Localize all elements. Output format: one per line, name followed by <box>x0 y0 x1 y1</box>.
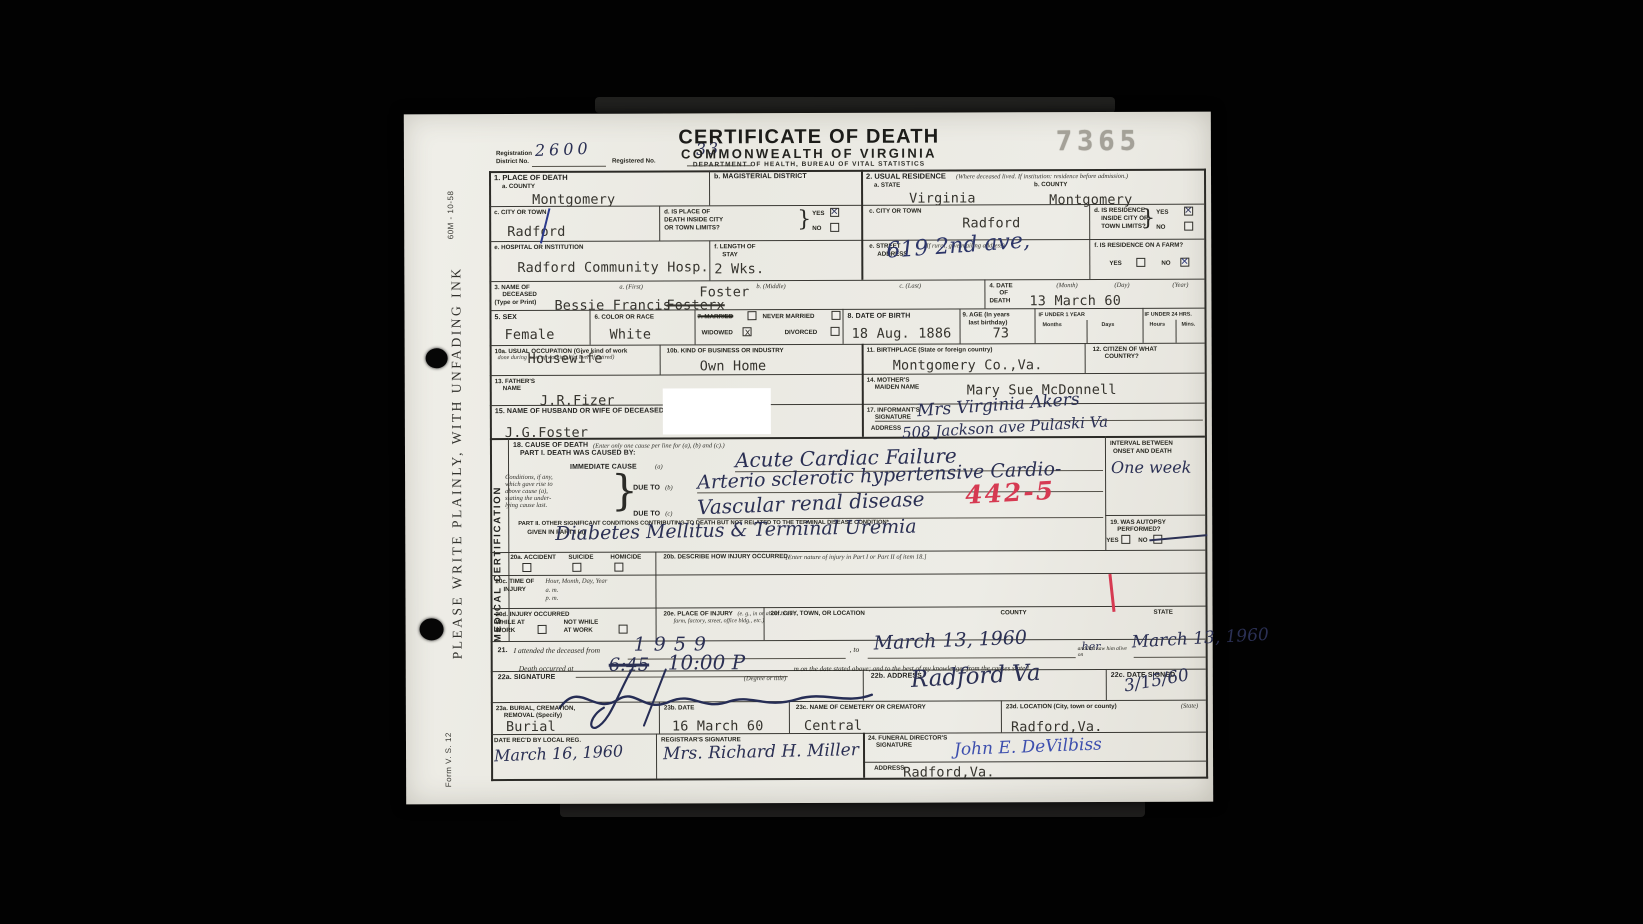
field-21-to-label: , to <box>850 646 860 655</box>
field-20f-county-label: COUNTY <box>1001 609 1027 616</box>
field-8-label: 8. DATE OF BIRTH <box>847 313 910 321</box>
field-5-value: Female <box>505 328 555 342</box>
line <box>1176 320 1177 343</box>
line <box>532 166 606 167</box>
field-1f-label2: STAY <box>722 251 738 258</box>
field-18-note: (Enter only one cause per line for (a), … <box>593 442 725 450</box>
field-9-days-label: Days <box>1102 322 1115 328</box>
field-2a-label: a. STATE <box>874 182 900 189</box>
field-1f-label1: f. LENGTH OF <box>714 243 755 250</box>
field-24-address-label: ADDRESS <box>874 765 904 772</box>
field-3-value-struck: Fosterx <box>666 298 724 312</box>
field-21-number: 21. <box>498 647 508 655</box>
brace-glyph: } <box>797 207 811 232</box>
field-20e-note2: farm, factory, street, office bldg., etc… <box>674 618 765 626</box>
field-23c-value: Central <box>804 719 862 733</box>
field-6-label: 6. COLOR OR RACE <box>594 314 654 321</box>
field-2d-yes-checkbox: ✕ <box>1184 207 1193 216</box>
field-1c-value: Radford <box>507 225 565 239</box>
field-20c-note: Hour, Month, Day, Year <box>545 578 607 586</box>
line <box>1085 343 1086 373</box>
field-1d-no-checkbox <box>830 223 839 232</box>
field-20d-while-label: WHILE AT <box>496 619 525 626</box>
field-2d-yes-label: YES <box>1156 209 1168 216</box>
registration-label-line1: Registration <box>496 150 532 157</box>
margin-print-code: 60M - 10-58 <box>446 159 455 239</box>
line <box>862 344 864 437</box>
line <box>1106 669 1107 700</box>
field-2c-label: c. CITY OR TOWN <box>869 208 921 215</box>
field-1b-label: b. MAGISTERIAL DISTRICT <box>714 173 807 181</box>
field-20b-note: [Enter nature of injury in Part I or Par… <box>785 553 926 561</box>
line <box>861 170 863 280</box>
field-1f-value: 2 Wks. <box>714 262 764 276</box>
field-23b-label: 23b. DATE <box>664 704 695 711</box>
line <box>1105 515 1205 516</box>
field-19-label2: PERFORMED? <box>1117 526 1160 533</box>
brace-glyph: } <box>1141 206 1155 231</box>
registration-district-number: 2600 <box>535 140 592 160</box>
field-20f-label: 20f. CITY, TOWN, OR LOCATION <box>771 610 865 617</box>
department-line: DEPARTMENT OF HEALTH, BUREAU OF VITAL ST… <box>634 160 984 168</box>
checkbox-x-mark: ✕ <box>1184 207 1192 216</box>
field-21-to-value: March 13, 1960 <box>873 629 1027 653</box>
field-2d-no-checkbox <box>1184 222 1193 231</box>
field-3c-label: c. (Last) <box>899 283 921 291</box>
field-4-label1: 4. DATE <box>989 282 1012 289</box>
field-20a-homicide-checkbox <box>614 563 623 572</box>
field-2e-value: 619 2nd ave, <box>886 232 1031 260</box>
field-10b-label: 10b. KIND OF BUSINESS OR INDUSTRY <box>667 347 784 354</box>
line <box>656 734 657 779</box>
checkbox-x-mark: ✕ <box>830 208 838 217</box>
field-23d-state-label: (State) <box>1181 703 1198 711</box>
field-23c-label: 23c. NAME OF CEMETERY OR CREMATORY <box>796 704 926 711</box>
field-22a-degree-label: (Degree or title) <box>744 675 786 683</box>
field-20e-label: 20e. PLACE OF INJURY <box>664 610 733 617</box>
field-20b-label: 20b. DESCRIBE HOW INJURY OCCURRED. <box>663 553 789 560</box>
field-20d-notwhile-label: NOT WHILE <box>564 619 599 626</box>
line <box>842 309 843 344</box>
field-7-never-married-checkbox <box>831 311 840 320</box>
field-2d-label1: d. IS RESIDENCE <box>1094 207 1145 214</box>
line <box>490 373 1205 376</box>
field-14-label2: MAIDEN NAME <box>875 384 919 391</box>
field-20c-label2: INJURY <box>503 586 525 593</box>
field-7-married-checkbox <box>747 311 756 320</box>
line <box>1087 320 1088 343</box>
field-20d-label: 20d. INJURY OCCURRED <box>496 611 570 618</box>
field-7-widowed-label: WIDOWED <box>702 329 733 336</box>
field-1d-label2: DEATH INSIDE CITY <box>664 216 723 223</box>
field-2-note: (Where deceased lived. If institution: r… <box>956 172 1128 180</box>
due-to-c-label: DUE TO <box>633 511 660 519</box>
margin-instruction: PLEASE WRITE PLAINLY, WITH UNFADING INK <box>448 299 465 659</box>
field-23d-label: 23d. LOCATION (City, town or county) <box>1006 703 1117 710</box>
field-21-text1: I attended the deceased from <box>514 647 600 656</box>
registrar-signature-value: Mrs. Richard H. Miller <box>663 741 859 763</box>
line <box>1134 657 1206 658</box>
field-10a-value: Housewife <box>528 352 603 366</box>
field-11-value: Montgomery Co.,Va. <box>893 358 1043 373</box>
field-1c-label: c. CITY OR TOWN <box>494 209 546 216</box>
field-20a-accident-label: 20a. ACCIDENT <box>510 554 556 561</box>
certificate-paper: 60M - 10-58 PLEASE WRITE PLAINLY, WITH U… <box>404 112 1213 805</box>
certificate-stamp-number: 7365 <box>1056 128 1141 155</box>
line <box>1034 308 1035 343</box>
line <box>1089 204 1090 279</box>
cause-c-value: Vascular renal disease <box>697 490 925 517</box>
field-7-married-label: 7. MARRIED <box>697 313 733 320</box>
field-4-label2: OF <box>999 289 1008 296</box>
field-7-widowed-checkbox: x <box>743 327 752 336</box>
line <box>863 761 1206 763</box>
checkbox-x-mark: ✕ <box>1180 258 1188 267</box>
field-1e-label: e. HOSPITAL OR INSTITUTION <box>494 244 583 251</box>
field-8-value: 18 Aug. 1886 <box>852 327 952 341</box>
field-20c-label1: 20c. TIME OF <box>495 578 534 585</box>
line <box>490 436 1205 440</box>
line <box>660 345 661 375</box>
field-2f-no-label: NO <box>1161 260 1170 267</box>
field-10b-value: Own Home <box>700 359 767 373</box>
field-1e-value: Radford Community Hosp. <box>517 260 709 275</box>
date-received-value: March 16, 1960 <box>494 742 624 765</box>
field-5-label: 5. SEX <box>494 314 516 322</box>
field-20f-state-label: STATE <box>1154 609 1173 616</box>
field-20c-am: a. m. <box>545 587 558 595</box>
line <box>655 552 656 608</box>
field-20a-homicide-label: HOMICIDE <box>610 554 641 561</box>
field-1d-no-label: NO <box>812 225 821 232</box>
field-4-month-label: (Month) <box>1056 282 1077 290</box>
registration-label-line2: District No. <box>496 158 529 165</box>
punch-hole <box>420 618 444 640</box>
field-20a-suicide-checkbox <box>572 563 581 572</box>
field-20a-suicide-label: SUICIDE <box>568 554 593 561</box>
field-9-months-label: Months <box>1043 322 1062 328</box>
field-20d-work-label: WORK <box>496 627 516 634</box>
line <box>863 733 865 778</box>
line <box>491 777 1208 782</box>
field-9-label1: 9. AGE (In years <box>962 311 1009 318</box>
punch-hole <box>426 348 448 368</box>
field-4-label3: DEATH <box>989 297 1010 304</box>
line <box>1105 436 1106 550</box>
field-17-address-label: ADDRESS <box>871 425 901 432</box>
line <box>984 279 985 308</box>
field-7-divorced-label: DIVORCED <box>785 329 818 336</box>
field-1d-label1: d. IS PLACE OF <box>664 208 710 215</box>
field-3-label3: (Type or Print) <box>494 299 536 306</box>
field-9-under1yr-label: IF UNDER 1 YEAR <box>1038 312 1084 318</box>
scan-artifact-top <box>595 97 1115 113</box>
interval-label1: INTERVAL BETWEEN <box>1110 440 1173 447</box>
field-3-value-last: Foster <box>699 285 749 299</box>
field-2-label: 2. USUAL RESIDENCE <box>866 173 946 182</box>
field-4-value: 13 March 60 <box>1029 294 1121 308</box>
field-1-label: 1. PLACE OF DEATH <box>494 174 568 183</box>
field-4-year-label: (Year) <box>1172 282 1188 290</box>
field-22b-value: Radford Va <box>910 664 1041 689</box>
field-15-label: 15. NAME OF HUSBAND OR WIFE OF DECEASED <box>495 408 664 417</box>
field-2b-label: b. COUNTY <box>1034 181 1067 188</box>
immediate-cause-a-tag: (a) <box>655 464 663 472</box>
interval-label2: ONSET AND DEATH <box>1113 448 1172 455</box>
field-3-label2: DECEASED <box>502 291 536 298</box>
field-20c-pm: p. m. <box>545 595 558 603</box>
field-19-yes-checkbox <box>1121 535 1130 544</box>
field-9-under24-label: IF UNDER 24 HRS. <box>1144 312 1191 318</box>
field-20d-atwork-label: AT WORK <box>564 627 593 634</box>
field-15-value: J.G.Foster <box>505 426 588 440</box>
line <box>868 657 1076 659</box>
field-21-alive-value: March 13, 1960 <box>1131 626 1269 652</box>
line <box>1001 700 1002 732</box>
field-2f-no-checkbox: ✕ <box>1180 258 1189 267</box>
line <box>589 310 590 345</box>
cause-c-red-code: 442-5 <box>965 482 1056 505</box>
field-22c-value: 3/15/60 <box>1123 666 1191 695</box>
line <box>959 308 960 343</box>
due-to-b-label: DUE TO <box>633 485 660 493</box>
line <box>709 240 710 280</box>
field-13-value: J.R.Fizer <box>540 394 615 408</box>
field-9-hours-label: Hours <box>1150 322 1166 328</box>
conditions-note-line: lying cause last. <box>505 502 547 510</box>
typed-x-mark: x <box>745 328 751 337</box>
field-18-part1-label: PART I. DEATH WAS CAUSED BY: <box>520 450 636 458</box>
field-2f-yes-label: YES <box>1109 260 1121 267</box>
part2-value: Diabetes Mellitus & Terminal Uremia <box>555 517 917 543</box>
field-1d-yes-checkbox: ✕ <box>830 208 839 217</box>
field-7-divorced-checkbox <box>831 327 840 336</box>
field-2c-value: Radford <box>962 216 1020 230</box>
field-20d-atwork-checkbox <box>538 625 547 634</box>
line <box>490 573 1205 576</box>
field-23b-value: 16 March 60 <box>672 719 764 733</box>
funeral-director-signature-value: John E. DeVilbiss <box>954 735 1102 759</box>
field-2a-value: Virginia <box>909 191 976 205</box>
field-3b-label: b. (Middle) <box>756 283 785 291</box>
field-9-value: 73 <box>993 326 1010 340</box>
line <box>659 206 660 241</box>
field-2f-yes-checkbox <box>1136 258 1145 267</box>
line <box>694 309 695 344</box>
line <box>1204 169 1208 779</box>
line <box>709 170 710 205</box>
field-9-mins-label: Mins. <box>1182 322 1196 328</box>
scanned-death-certificate: 60M - 10-58 PLEASE WRITE PLAINLY, WITH U… <box>0 0 1643 924</box>
field-20a-accident-checkbox <box>522 563 531 572</box>
field-2f-label: f. IS RESIDENCE ON A FARM? <box>1094 242 1183 249</box>
field-1a-value: Montgomery <box>532 193 615 207</box>
due-to-b-tag: (b) <box>665 484 673 492</box>
field-24-address-value: Radford,Va. <box>903 765 995 779</box>
field-11-label: 11. BIRTHPLACE (State or foreign country… <box>867 346 993 353</box>
field-19-no-label: NO <box>1138 537 1147 544</box>
field-1d-yes-label: YES <box>812 210 824 217</box>
margin-form-code: Form V. S. 12 <box>444 692 453 787</box>
field-3-value-first: Bessie Francis <box>554 298 671 312</box>
due-to-c-tag: (c) <box>665 510 672 518</box>
commonwealth-subtitle: COMMONWEALTH OF VIRGINIA <box>634 146 984 161</box>
field-23a-value: Burial <box>506 720 556 734</box>
line <box>491 606 1206 609</box>
field-13-label2: NAME <box>503 385 521 392</box>
field-4-day-label: (Day) <box>1114 282 1129 290</box>
field-19-yes-label: YES <box>1106 537 1118 544</box>
line <box>1142 308 1143 343</box>
field-6-value: White <box>610 328 652 342</box>
field-2d-label3: TOWN LIMITS? <box>1101 223 1146 230</box>
field-7-never-married-label: NEVER MARRIED <box>762 313 814 320</box>
interval-value: One week <box>1111 459 1191 477</box>
field-1a-label: a. COUNTY <box>502 183 535 190</box>
field-21-text2: and last saw him alive on <box>1078 646 1134 658</box>
field-1d-label3: OR TOWN LIMITS? <box>664 224 720 231</box>
redaction-box <box>663 388 771 434</box>
field-2b-value: Montgomery <box>1049 193 1132 207</box>
line <box>489 279 1204 282</box>
field-3a-label: a. (First) <box>619 284 643 292</box>
field-12-label2: COUNTRY? <box>1105 353 1139 360</box>
field-2d-no-label: NO <box>1156 224 1165 231</box>
field-23d-value: Radford,Va. <box>1011 720 1103 734</box>
field-20d-notatwork-checkbox <box>619 625 628 634</box>
field-13-label1: 13. FATHER'S <box>495 378 535 385</box>
field-18-label: 18. CAUSE OF DEATH <box>513 442 588 450</box>
field-24-label2: SIGNATURE <box>876 742 912 749</box>
